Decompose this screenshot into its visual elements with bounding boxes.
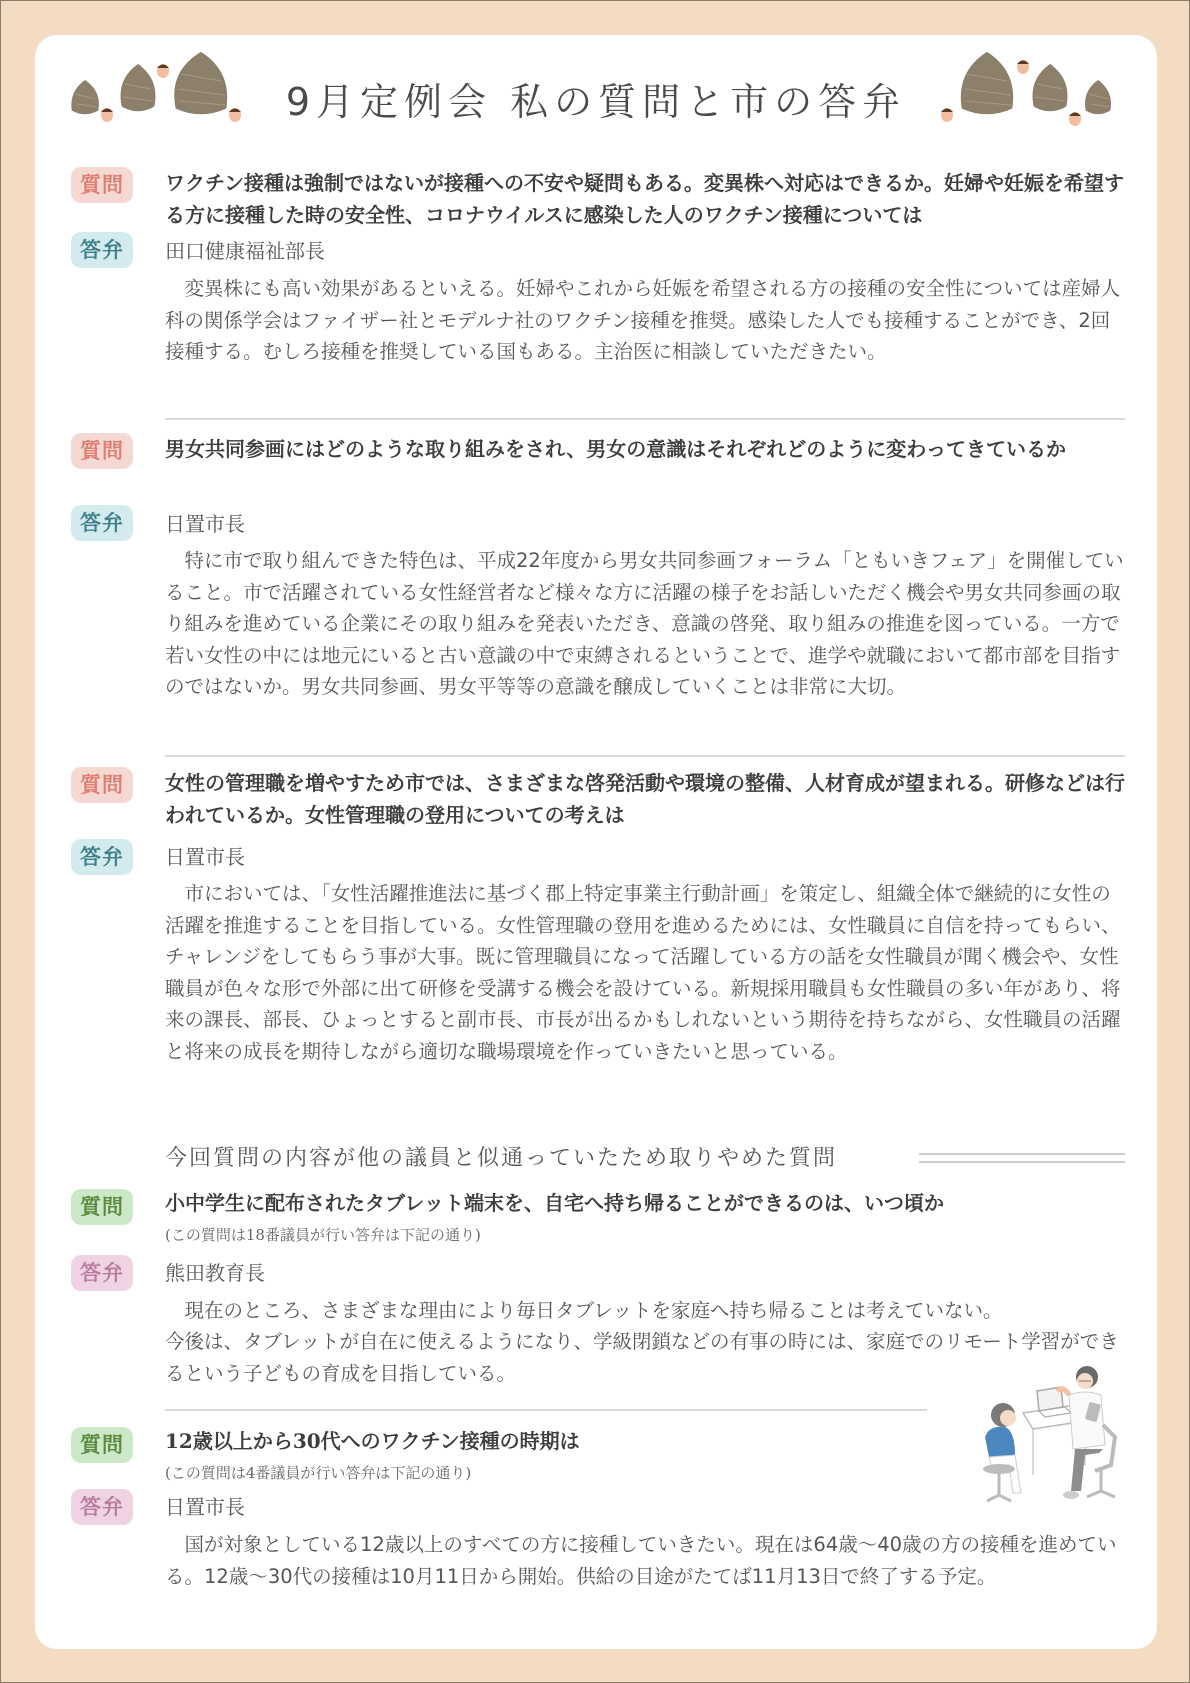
answer-text: 国が対象としている12歳以上のすべての方に接種していきたい。現在は64歳〜40歳… bbox=[165, 1529, 1125, 1592]
newsletter-card: 9月定例会 私の質問と市の答弁 質問 ワクチン接種は強制ではないが接種への不安や… bbox=[35, 35, 1157, 1649]
question-text: 女性の管理職を増やすため市では、さまざまな啓発活動や環境の整備、人材育成が望まれ… bbox=[165, 767, 1125, 831]
question-text: 小中学生に配布されたタブレット端末を、自宅へ持ち帰ることができるのは、いつ頃か bbox=[165, 1187, 1125, 1219]
question-badge: 質問 bbox=[71, 433, 133, 469]
question-note: (この質問は4番議員が行い答弁は下記の通り) bbox=[165, 1462, 471, 1483]
answer-badge: 答弁 bbox=[71, 839, 133, 875]
answer-badge: 答弁 bbox=[71, 1489, 133, 1525]
pinecone-decoration-right-icon bbox=[935, 49, 1125, 129]
answer-badge: 答弁 bbox=[71, 1255, 133, 1291]
section-divider bbox=[165, 755, 1125, 757]
answer-badge: 答弁 bbox=[71, 505, 133, 541]
header: 9月定例会 私の質問と市の答弁 bbox=[35, 49, 1157, 149]
heading-double-rule bbox=[919, 1153, 1125, 1163]
withdrawn-section-heading: 今回質問の内容が他の議員と似通っていたため取りやめた質問 bbox=[165, 1141, 837, 1172]
doctor-patient-illustration-icon bbox=[975, 1365, 1125, 1525]
question-note: (この質問は18番議員が行い答弁は下記の通り) bbox=[165, 1224, 481, 1245]
answer-speaker: 日置市長 bbox=[165, 1491, 245, 1520]
section-divider bbox=[165, 418, 1125, 420]
answer-text: 変異株にも高い効果があるといえる。妊婦やこれから妊娠を希望される方の接種の安全性… bbox=[165, 273, 1125, 368]
question-badge: 質問 bbox=[71, 1427, 133, 1463]
section-divider bbox=[165, 1409, 927, 1411]
answer-speaker: 熊田教育長 bbox=[165, 1257, 265, 1286]
answer-speaker: 田口健康福祉部長 bbox=[165, 235, 325, 264]
answer-text: 市においては、「女性活躍推進法に基づく郡上特定事業主行動計画」を策定し、組織全体… bbox=[165, 878, 1125, 1067]
answer-speaker: 日置市長 bbox=[165, 508, 245, 537]
question-badge: 質問 bbox=[71, 1189, 133, 1225]
question-text: 男女共同参画にはどのような取り組みをされ、男女の意識はそれぞれどのように変わって… bbox=[165, 433, 1125, 465]
answer-text-line1: 現在のところ、さまざまな理由により毎日タブレットを家庭へ持ち帰ることは考えていな… bbox=[165, 1295, 1125, 1327]
question-text: ワクチン接種は強制ではないが接種への不安や疑問もある。変異株へ対応はできるか。妊… bbox=[165, 167, 1125, 231]
answer-badge: 答弁 bbox=[71, 232, 133, 268]
question-badge: 質問 bbox=[71, 167, 133, 203]
answer-text: 特に市で取り組んできた特色は、平成22年度から男女共同参画フォーラム「ともいきフ… bbox=[165, 545, 1125, 703]
question-badge: 質問 bbox=[71, 767, 133, 803]
answer-speaker: 日置市長 bbox=[165, 841, 245, 870]
